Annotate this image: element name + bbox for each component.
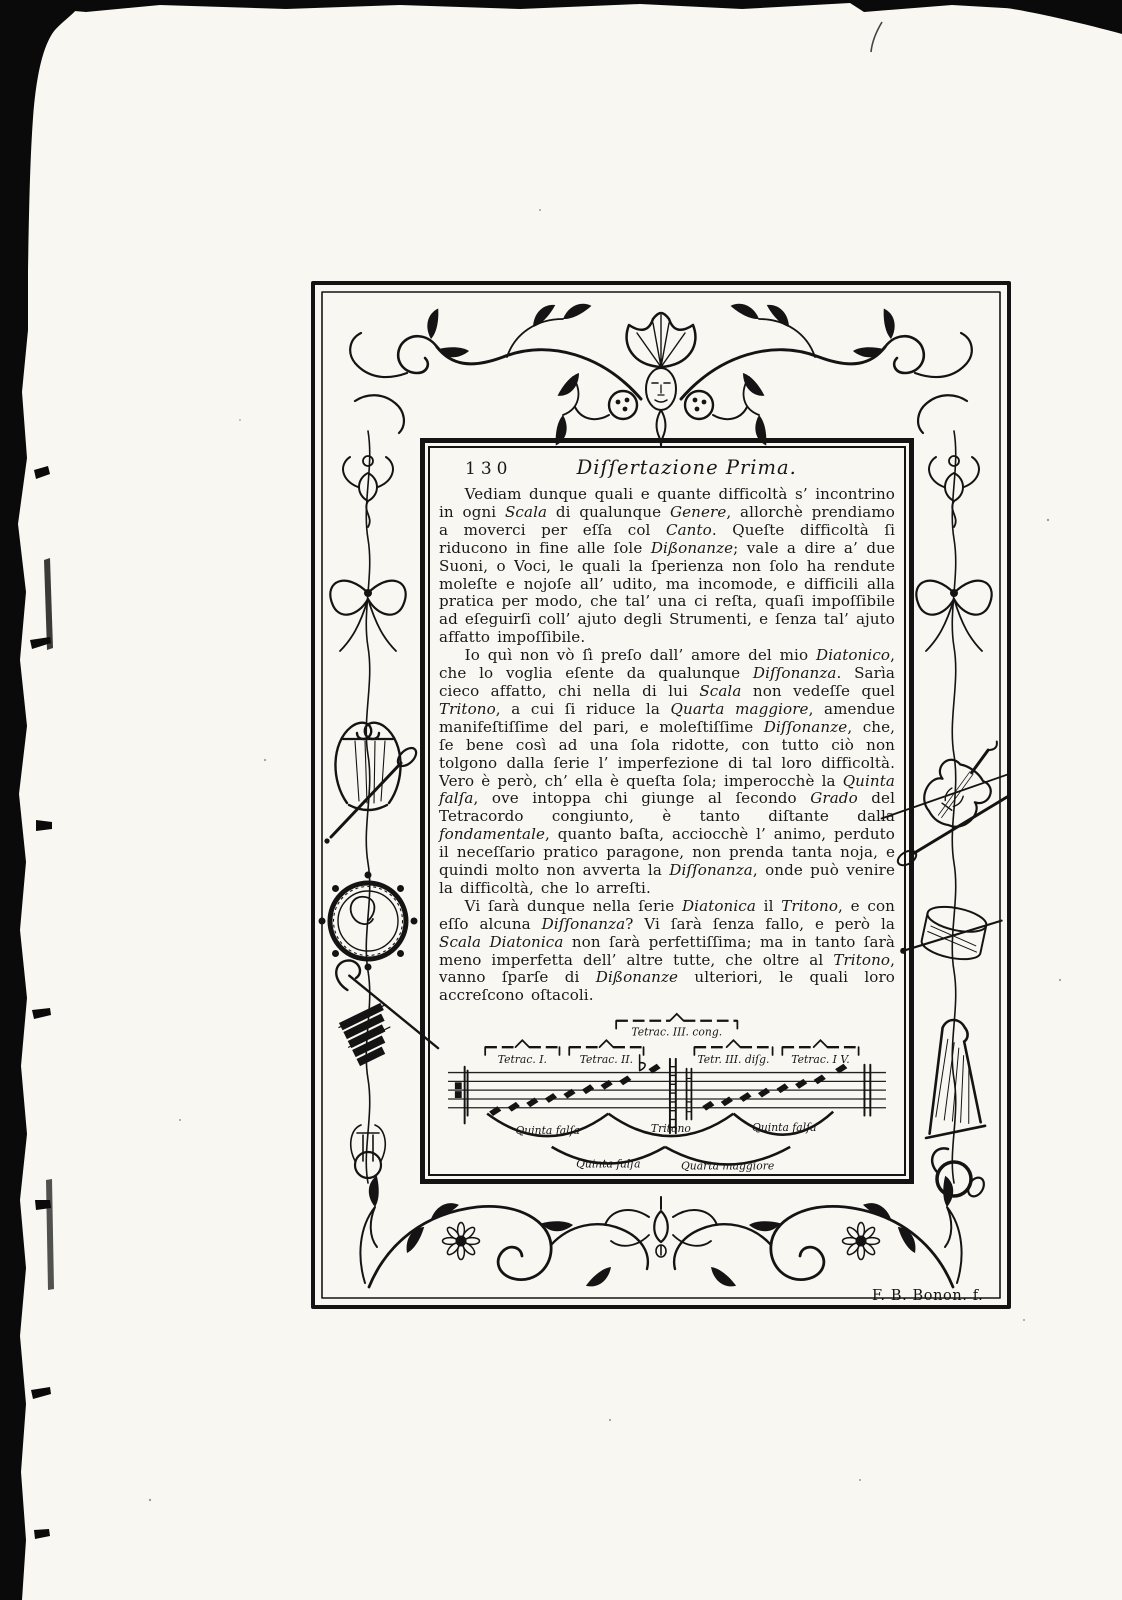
bracket-label: Tetrac. I V.	[791, 1053, 849, 1066]
tambourine-icon	[319, 872, 418, 971]
rosette-icon	[443, 1223, 480, 1260]
bracket-tetrac-3-cong: Tetrac. III. cong.	[616, 1014, 737, 1039]
bracket-label: Tetrac. I.	[498, 1053, 547, 1066]
ribbon-bow-icon	[330, 581, 405, 651]
top-scan-edge	[0, 0, 1122, 12]
mask-face-icon	[646, 368, 676, 446]
music-staff-diagram: Tetrac. III. cong. Tetrac. I. Tetrac. II…	[442, 1010, 892, 1176]
top-right-corner-shadow	[986, 0, 1122, 34]
arc-label: Quarta maggiore	[681, 1160, 774, 1173]
flat-sign-icon	[640, 1055, 646, 1071]
berry-pod-icon	[575, 391, 637, 419]
arc-label: Tritono	[651, 1122, 691, 1135]
left-binding-edge	[0, 0, 84, 1600]
scanned-book-page: 130 Diſſertazione Prima. Vediam dunque q…	[0, 0, 1122, 1600]
text-block: 130 Diſſertazione Prima. Vediam dunque q…	[428, 446, 906, 1176]
binding-streaks	[30, 466, 54, 1539]
bracket-tetrac-1: Tetrac. I.	[485, 1041, 559, 1066]
end-barline-icon	[864, 1065, 870, 1116]
harp-icon	[914, 1018, 986, 1138]
bracket-tetrac-3-disg: Tetr. III. diſg.	[694, 1041, 772, 1066]
body-text: Vediam dunque quali e quante difficoltà …	[439, 486, 895, 1005]
bracket-tetrac-4: Tetrac. I V.	[782, 1041, 858, 1066]
arc-label: Quinta falſa	[752, 1121, 816, 1134]
clef-icon	[455, 1067, 468, 1124]
small-lyre-icon	[351, 1125, 386, 1178]
top-ornament	[350, 302, 972, 447]
bracket-label: Tetrac. II.	[580, 1053, 633, 1066]
arc-label: Quinta falſa	[516, 1124, 580, 1137]
trumpet-icon	[324, 745, 419, 844]
note-group-2	[702, 1064, 847, 1111]
bracket-tetrac-2: Tetrac. II.	[569, 1041, 643, 1066]
paragraph: Io quì non vò ſì preſo dall’ amore del m…	[439, 647, 895, 898]
running-title: Diſſertazione Prima.	[512, 456, 895, 479]
arc-label: Quinta falſa	[576, 1158, 640, 1171]
shell-crest-icon	[627, 313, 696, 367]
engraver-signature: F. B. Bonon. f.	[872, 1288, 983, 1304]
paragraph: Vediam dunque quali e quante difficoltà …	[439, 486, 895, 647]
bottom-center-ornament	[605, 1197, 717, 1257]
pen-mark	[871, 22, 882, 52]
interval-arcs: Quinta falſa Tritono Quinta falſa Quinta…	[487, 1112, 833, 1173]
music-example-figure: Tetrac. III. cong. Tetrac. I. Tetrac. II…	[439, 1010, 895, 1176]
page-header: 130 Diſſertazione Prima.	[439, 456, 895, 479]
horn-icon	[932, 1148, 987, 1199]
ribbon-bow-icon	[916, 581, 991, 651]
bracket-label: Tetrac. III. cong.	[631, 1026, 722, 1039]
drum-icon	[900, 898, 1003, 972]
text-block-frame: 130 Diſſertazione Prima. Vediam dunque q…	[420, 438, 914, 1184]
bottom-ornament	[360, 1175, 961, 1289]
paragraph: Vi ſarà dunque nella ſerie Diatonica il …	[439, 898, 895, 1005]
page-number: 130	[465, 459, 512, 479]
bracket-label: Tetr. III. diſg.	[697, 1053, 769, 1066]
